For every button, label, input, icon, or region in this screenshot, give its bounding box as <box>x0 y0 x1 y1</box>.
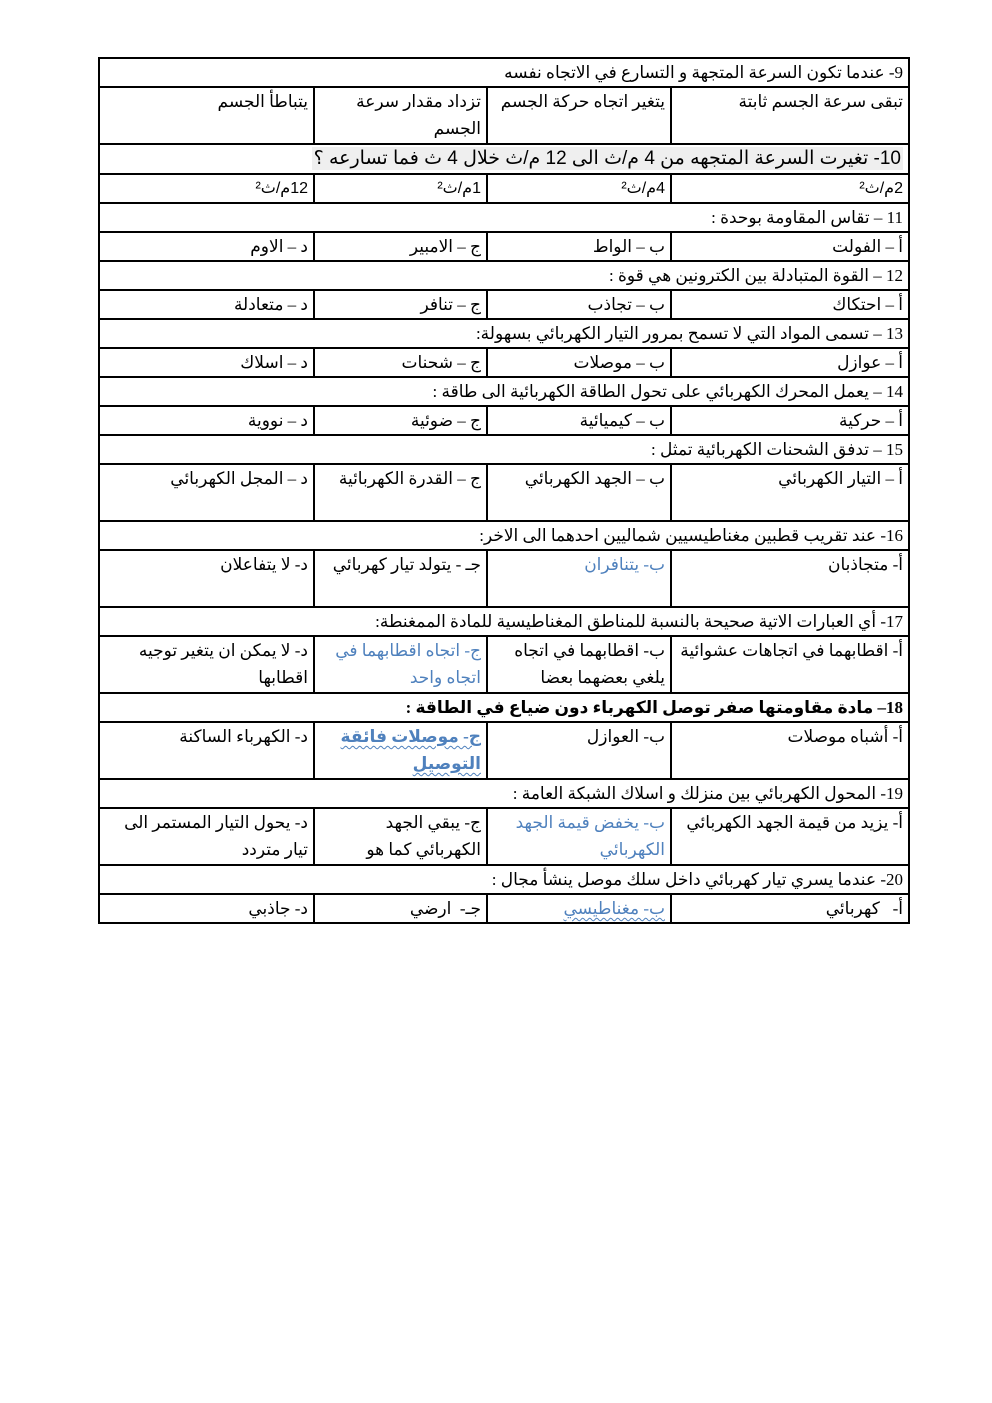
question-text-19: 19- المحول الكهربائي بين منزلك و اسلاك ا… <box>99 779 909 808</box>
question-text-15: 15 – تدفق الشحنات الكهربائية تمثل : <box>99 435 909 464</box>
question-row-15: 15 – تدفق الشحنات الكهربائية تمثل : <box>99 435 909 464</box>
q10-option-a: 2م/ث² <box>671 174 909 203</box>
question-text-16: 16- عند تقريب قطبين مغناطيسيين شماليين ا… <box>99 521 909 550</box>
answer-row-18: أ- أشباه موصلات ب- العوازل ج- موصلات فائ… <box>99 722 909 779</box>
q10-option-b: 4م/ث² <box>487 174 671 203</box>
answer-row-17: أ- اقطابهما في اتجاهات عشوائية ب- اقطابه… <box>99 636 909 693</box>
answer-row-15: أ – التيار الكهربائي ب – الجهد الكهربائي… <box>99 464 909 521</box>
question-row-16: 16- عند تقريب قطبين مغناطيسيين شماليين ا… <box>99 521 909 550</box>
q9-option-d: يتباطأ الجسم <box>99 87 314 144</box>
question-text-10: 10- تغيرت السرعة المتجهه من 4 م/ث الى 12… <box>99 144 909 174</box>
q17-option-a: أ- اقطابهما في اتجاهات عشوائية <box>671 636 909 693</box>
exam-page: 9- عندما تكون السرعة المتجهة و التسارع ف… <box>0 0 992 1403</box>
q11-option-a: أ – الفولت <box>671 232 909 261</box>
q12-option-d: د – متعادلة <box>99 290 314 319</box>
q13-option-a: أ – عوازل <box>671 348 909 377</box>
q12-option-c: ج – تنافر <box>314 290 487 319</box>
q19-option-b: ب- يخفض قيمة الجهد الكهربائي <box>487 808 671 865</box>
q13-option-b: ب – موصلات <box>487 348 671 377</box>
q16-option-a: أ- متجاذبان <box>671 550 909 607</box>
question-10-shaded-text: 10- تغيرت السرعة المتجهه من 4 م/ث الى 12… <box>312 147 903 170</box>
q10-option-c: 1م/ث² <box>314 174 487 203</box>
q20-option-c: جـ- ارضي <box>314 894 487 923</box>
question-row-18: 18– مادة مقاومتها صفر توصل الكهرباء دون … <box>99 693 909 722</box>
question-row-9: 9- عندما تكون السرعة المتجهة و التسارع ف… <box>99 58 909 87</box>
q18-option-b: ب- العوازل <box>487 722 671 779</box>
q17-option-d: د- لا يمكن ان يتغير توجيه اقطابها <box>99 636 314 693</box>
question-text-11: 11 – تقاس المقاومة بوحدة : <box>99 203 909 232</box>
q19-option-a: أ- يزيد من قيمة الجهد الكهربائي <box>671 808 909 865</box>
question-row-13: 13 – تسمى المواد التي لا تسمح بمرور التي… <box>99 319 909 348</box>
q13-option-c: ج – شحنات <box>314 348 487 377</box>
answer-row-11: أ – الفولت ب – الواط ج – الامبير د – الا… <box>99 232 909 261</box>
q18-option-a: أ- أشباه موصلات <box>671 722 909 779</box>
q17-option-c: ج- اتجاه اقطابهما في اتجاه واحد <box>314 636 487 693</box>
question-row-10: 10- تغيرت السرعة المتجهه من 4 م/ث الى 12… <box>99 144 909 174</box>
answer-row-19: أ- يزيد من قيمة الجهد الكهربائي ب- يخفض … <box>99 808 909 865</box>
question-text-17: 17- أي العبارات الاتية صحيحة بالنسبة للم… <box>99 607 909 636</box>
q15-option-a: أ – التيار الكهربائي <box>671 464 909 521</box>
q11-option-d: د – الاوم <box>99 232 314 261</box>
q9-option-a: تبقى سرعة الجسم ثابتة <box>671 87 909 144</box>
answer-row-20: أ- كهربائي ب- مغناطيسي جـ- ارضي د- جاذبي <box>99 894 909 923</box>
question-row-11: 11 – تقاس المقاومة بوحدة : <box>99 203 909 232</box>
answer-row-14: أ – حركية ب – كيميائية ج – ضوئية د – نوو… <box>99 406 909 435</box>
answer-row-12: أ – احتكاك ب – تجاذب ج – تنافر د – متعاد… <box>99 290 909 319</box>
answer-row-9: تبقى سرعة الجسم ثابتة يتغير اتجاه حركة ا… <box>99 87 909 144</box>
question-row-19: 19- المحول الكهربائي بين منزلك و اسلاك ا… <box>99 779 909 808</box>
question-text-13: 13 – تسمى المواد التي لا تسمح بمرور التي… <box>99 319 909 348</box>
q11-option-b: ب – الواط <box>487 232 671 261</box>
q12-option-a: أ – احتكاك <box>671 290 909 319</box>
answer-row-10: 2م/ث² 4م/ث² 1م/ث² 12م/ث² <box>99 174 909 203</box>
question-row-17: 17- أي العبارات الاتية صحيحة بالنسبة للم… <box>99 607 909 636</box>
question-text-9: 9- عندما تكون السرعة المتجهة و التسارع ف… <box>99 58 909 87</box>
q12-option-b: ب – تجاذب <box>487 290 671 319</box>
q18-option-c: ج- موصلات فائقة التوصيل <box>314 722 487 779</box>
q16-option-b: ب- يتنافران <box>487 550 671 607</box>
q14-option-b: ب – كيميائية <box>487 406 671 435</box>
q20-option-a: أ- كهربائي <box>671 894 909 923</box>
questions-table: 9- عندما تكون السرعة المتجهة و التسارع ف… <box>98 57 910 924</box>
q19-option-c: ج- يبقي الجهد الكهربائي كما هو <box>314 808 487 865</box>
q10-option-d: 12م/ث² <box>99 174 314 203</box>
q20-option-b: ب- مغناطيسي <box>487 894 671 923</box>
q15-option-d: د – المجل الكهربائي <box>99 464 314 521</box>
question-text-20: 20- عندما يسري تيار كهربائي داخل سلك موص… <box>99 865 909 894</box>
q9-option-b: يتغير اتجاه حركة الجسم <box>487 87 671 144</box>
q16-option-d: د- لا يتفاعلان <box>99 550 314 607</box>
answer-row-13: أ – عوازل ب – موصلات ج – شحنات د – اسلاك <box>99 348 909 377</box>
q15-option-c: ج – القدرة الكهربائية <box>314 464 487 521</box>
q14-option-a: أ – حركية <box>671 406 909 435</box>
q16-option-c: جـ - يتولد تيار كهربائي <box>314 550 487 607</box>
q20-option-d: د- جاذبي <box>99 894 314 923</box>
question-text-14: 14 – يعمل المحرك الكهربائي على تحول الطا… <box>99 377 909 406</box>
question-text-18: 18– مادة مقاومتها صفر توصل الكهرباء دون … <box>99 693 909 722</box>
q11-option-c: ج – الامبير <box>314 232 487 261</box>
question-text-12: 12 – القوة المتبادلة بين الكترونين هي قو… <box>99 261 909 290</box>
answer-row-16: أ- متجاذبان ب- يتنافران جـ - يتولد تيار … <box>99 550 909 607</box>
q9-option-c: تزداد مقدار سرعة الجسم <box>314 87 487 144</box>
question-row-20: 20- عندما يسري تيار كهربائي داخل سلك موص… <box>99 865 909 894</box>
q15-option-b: ب – الجهد الكهربائي <box>487 464 671 521</box>
q14-option-c: ج – ضوئية <box>314 406 487 435</box>
question-row-14: 14 – يعمل المحرك الكهربائي على تحول الطا… <box>99 377 909 406</box>
q19-option-d: د- يحول التيار المستمر الى تيار متردد <box>99 808 314 865</box>
q17-option-b: ب- اقطابهما في اتجاه يلغي بعضهما بعضا <box>487 636 671 693</box>
q14-option-d: د – نووية <box>99 406 314 435</box>
question-row-12: 12 – القوة المتبادلة بين الكترونين هي قو… <box>99 261 909 290</box>
q18-option-d: د- الكهرباء الساكنة <box>99 722 314 779</box>
q13-option-d: د – اسلاك <box>99 348 314 377</box>
